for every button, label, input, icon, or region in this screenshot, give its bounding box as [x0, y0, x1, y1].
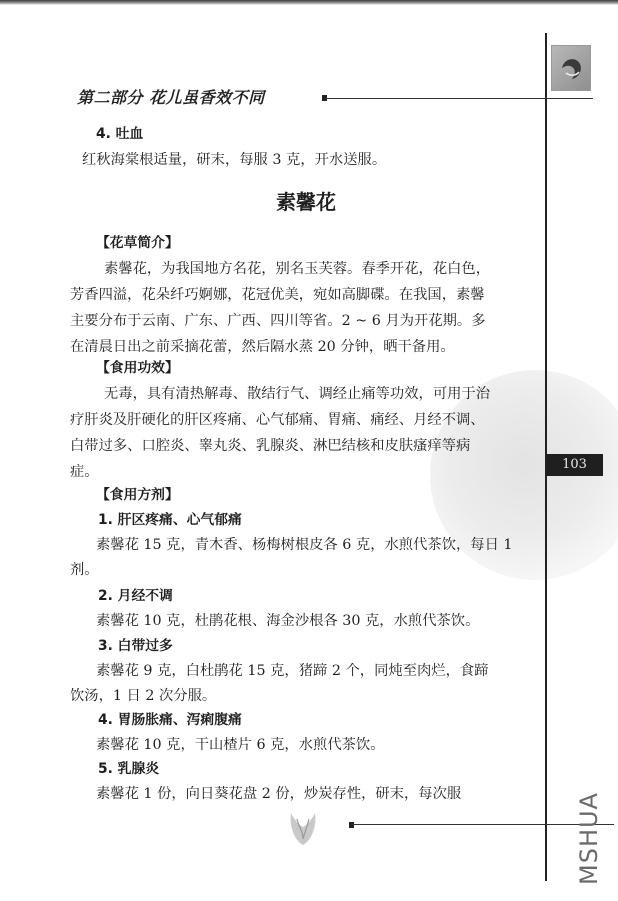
recipe-title: 2. 月经不调	[98, 584, 173, 608]
footer-ornament-icon	[285, 805, 321, 849]
header-rule	[325, 98, 593, 99]
chapter-flower-icon	[551, 45, 591, 91]
page-number: 103	[546, 454, 603, 476]
recipe-text: 饮汤，1 日 2 次分服。	[70, 684, 216, 708]
intro-line: 芳香四溢，花朵纤巧婀娜，花冠优美，宛如高脚碟。在我国，素馨	[70, 283, 485, 307]
watermark: MSHUA	[575, 785, 615, 885]
recipes-heading: 【食用方剂】	[96, 483, 179, 507]
effects-line: 疗肝炎及肝硬化的肝区疼痛、心气郁痛、胃痛、痛经、月经不调、	[70, 408, 485, 432]
recipe-text: 素馨花 10 克，杜鹃花根、海金沙根各 30 克，水煎代茶饮。	[96, 609, 479, 633]
page-top-edge	[0, 0, 618, 5]
recipe-text: 剂。	[70, 558, 99, 582]
effects-line: 白带过多、口腔炎、睾丸炎、乳腺炎、淋巴结核和皮肤瘙痒等病	[70, 434, 470, 458]
prev-item-text: 红秋海棠根适量，研末，每服 3 克，开水送服。	[82, 148, 386, 172]
recipe-text: 素馨花 1 份，向日葵花盘 2 份，炒炭存性，研末，每次服	[96, 782, 461, 806]
recipe-text: 素馨花 9 克，白杜鹃花 15 克，猪蹄 2 个，同炖至肉烂，食蹄	[96, 659, 488, 683]
prev-item-title: 4. 吐血	[96, 122, 143, 146]
recipe-title: 4. 胃肠胀痛、泻痢腹痛	[98, 708, 242, 732]
article-title: 素馨花	[70, 190, 542, 214]
intro-line: 主要分布于云南、广东、广西、四川等省。2 ~ 6 月为开花期。多	[70, 309, 486, 333]
recipe-title: 5. 乳腺炎	[98, 757, 159, 781]
recipe-text: 素馨花 15 克，青木香、杨梅树根皮各 6 克，水煎代茶饮，每日 1	[96, 533, 513, 557]
intro-line: 素馨花，为我国地方名花，别名玉芙蓉。春季开花，花白色，	[104, 257, 490, 281]
recipe-text: 素馨花 10 克，干山楂片 6 克，水煎代茶饮。	[96, 733, 385, 757]
recipe-title: 3. 白带过多	[98, 634, 173, 658]
effects-line: 症。	[70, 460, 99, 484]
effects-heading: 【食用功效】	[96, 356, 179, 380]
recipe-title: 1. 肝区疼痛、心气郁痛	[98, 508, 242, 532]
effects-line: 无毒，具有清热解毒、散结行气、调经止痛等功效，可用于治	[104, 382, 490, 406]
running-head: 第二部分 花儿虽香效不同	[77, 85, 265, 108]
intro-heading: 【花草简介】	[96, 231, 179, 255]
